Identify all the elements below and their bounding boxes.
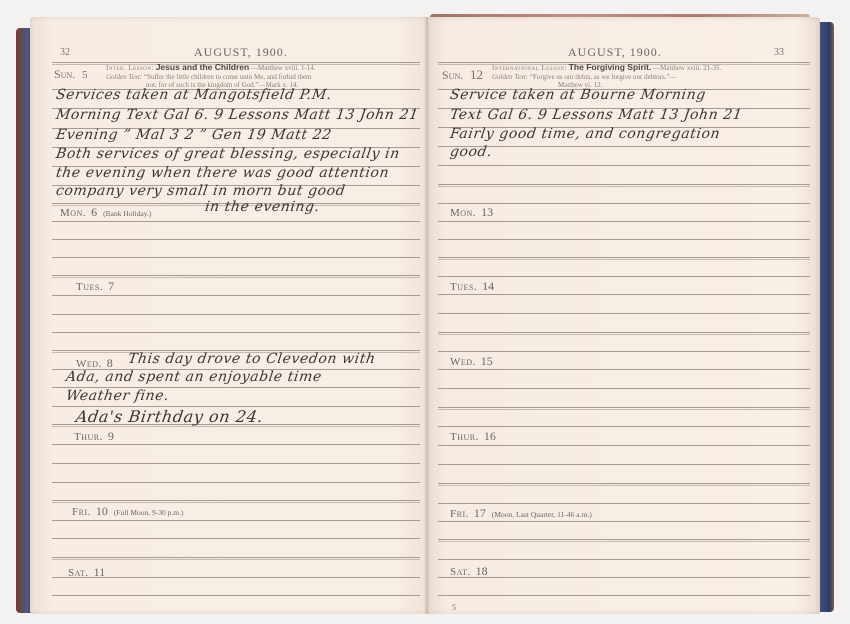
sunday-lesson: International Lesson: The Forgiving Spir… (492, 63, 810, 90)
ruled-line (438, 483, 810, 484)
ruled-line (438, 203, 810, 204)
handwritten-line: Weather fine. (65, 388, 170, 404)
ruled-line (52, 520, 420, 521)
ruled-line (52, 557, 420, 558)
ruled-line (438, 464, 810, 465)
handwritten-line: Service taken at Bourne Morning (449, 87, 707, 103)
ruled-line (438, 503, 810, 504)
ruled-line (438, 577, 810, 578)
handwritten-line: Morning Text Gal 6. 9 Lessons Matt 13 Jo… (55, 107, 420, 123)
sunday-lesson: Inter. Lesson: Jesus and the Children —M… (106, 63, 416, 90)
handwritten-line: in the evening. (204, 199, 321, 215)
day-label-friday: Fri.17(Moon, Last Quarter, 11-46 a.m.) (450, 506, 592, 521)
ruled-line (52, 444, 420, 445)
handwritten-line: This day drove to Clevedon with (127, 351, 377, 367)
ruled-line (438, 257, 810, 258)
page-number: 33 (774, 47, 784, 58)
handwritten-line: good. (449, 144, 493, 160)
signature-mark: 5 (452, 603, 456, 612)
day-label-sunday: Sun. 5 (54, 67, 87, 82)
day-label-saturday: Sat.18 (450, 564, 488, 579)
ruled-line (52, 463, 420, 464)
handwritten-line: Ada's Birthday on 24. (75, 407, 265, 426)
ruled-line (52, 295, 420, 296)
ruled-line (438, 351, 810, 352)
ruled-line (438, 369, 810, 370)
ruled-line (52, 577, 420, 578)
page-header: AUGUST, 1900. (194, 45, 288, 60)
ruled-line (52, 538, 420, 539)
day-label-monday: Mon.13 (450, 205, 493, 220)
ruled-line (52, 595, 420, 596)
day-label-monday: Mon.6(Bank Holiday.) (60, 205, 151, 220)
ruled-line (438, 165, 810, 166)
day-label-tuesday: Tues.14 (450, 279, 494, 294)
ruled-line (438, 426, 810, 427)
ruled-line (52, 257, 420, 258)
day-label-sunday: Sun. 12 (442, 67, 483, 83)
handwritten-line: Text Gal 6. 9 Lessons Matt 13 John 21 (449, 107, 744, 123)
handwritten-line: Services taken at Mangotsfield P.M. (55, 87, 333, 103)
ruled-line (438, 313, 810, 314)
ruled-line (438, 239, 810, 240)
day-label-saturday: Sat.11 (68, 565, 105, 580)
ruled-line (438, 521, 810, 522)
day-label-tuesday: Tues.7 (76, 279, 114, 294)
ruled-line (438, 276, 810, 277)
ruled-line (438, 221, 810, 222)
handwritten-line: company very small in morn but good (55, 183, 347, 199)
ruled-line (52, 482, 420, 483)
ruled-line (438, 388, 810, 389)
ruled-line (438, 294, 810, 295)
ruled-line (52, 332, 420, 333)
right-page: AUGUST, 1900. 33 Sun. 12 International L… (428, 17, 820, 614)
ruled-line (438, 146, 810, 147)
ruled-line (438, 539, 810, 540)
day-label-thursday: Thur.16 (450, 429, 496, 444)
handwritten-line: the evening when there was good attentio… (55, 165, 390, 181)
ruled-line (438, 184, 810, 185)
page-number: 32 (60, 47, 70, 58)
ruled-line (438, 559, 810, 560)
day-label-friday: Fri.10(Full Moon, 9-30 p.m.) (72, 504, 183, 519)
handwritten-line: Both services of great blessing, especia… (55, 146, 401, 162)
ruled-line (438, 332, 810, 333)
ruled-line (438, 445, 810, 446)
handwritten-line: Fairly good time, and congregation (449, 126, 721, 142)
day-label-thursday: Thur.9 (74, 429, 114, 444)
left-page: 32 AUGUST, 1900. Sun. 5 Inter. Lesson: J… (30, 17, 428, 614)
ruled-line (52, 314, 420, 315)
handwritten-line: Evening ” Mal 3 2 ” Gen 19 Matt 22 (55, 127, 333, 143)
ruled-line (52, 275, 420, 276)
page-header: AUGUST, 1900. (568, 45, 662, 60)
day-label-wednesday: Wed.15 (450, 354, 493, 369)
ruled-line (438, 407, 810, 408)
handwritten-line: Ada, and spent an enjoyable time (65, 369, 323, 385)
ruled-line (438, 595, 810, 596)
ruled-line (52, 500, 420, 501)
ruled-line (52, 239, 420, 240)
ruled-line (52, 221, 420, 222)
